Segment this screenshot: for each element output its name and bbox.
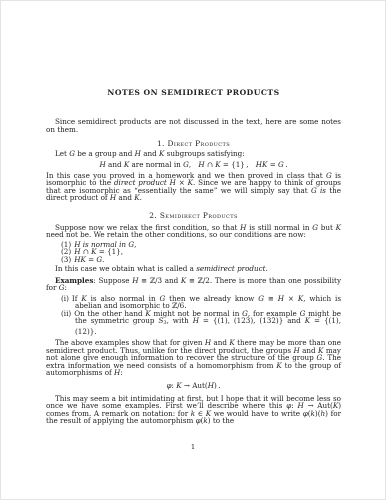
display-math-direct-product-conditions: H and K are normal in G, H ∩ K = {1} , H… bbox=[46, 161, 341, 169]
notation-paragraph: This may seem a bit intimidating at firs… bbox=[46, 395, 341, 425]
intro-paragraph: Since semidirect products are not discus… bbox=[46, 118, 341, 133]
condition-3-text: HK = G. bbox=[74, 255, 104, 264]
example-ii-label: (ii) bbox=[61, 309, 71, 318]
document-content: NOTES ON SEMIDIRECT PRODUCTS Since semid… bbox=[46, 88, 341, 425]
condition-item-3: (3)HK = G. bbox=[61, 256, 341, 264]
extra-info-paragraph: The above examples show that for given H… bbox=[46, 339, 341, 377]
document-title: NOTES ON SEMIDIRECT PRODUCTS bbox=[46, 88, 341, 97]
condition-3-label: (3) bbox=[61, 255, 71, 264]
section-1-heading: 1. Direct Products bbox=[46, 139, 341, 148]
display-math-phi-homomorphism: φ: K → Aut(H) . bbox=[46, 382, 341, 390]
examples-list: (i)If K is also normal in G then we alre… bbox=[61, 295, 341, 336]
semidirect-definition-paragraph: In this case we obtain what is called a … bbox=[46, 265, 341, 273]
conditions-list: (1)H is normal in G, (2)H ∩ K = {1}, (3)… bbox=[61, 241, 341, 264]
example-i-label: (i) bbox=[61, 294, 69, 303]
examples-paragraph: Examples: Suppose H ≅ ℤ/3 and K ≅ ℤ/2. T… bbox=[46, 277, 341, 292]
section-2-heading: 2. Semidirect Products bbox=[46, 211, 341, 220]
example-item-ii: (ii)On the other hand K might not be nor… bbox=[61, 310, 341, 336]
section-1-intro-paragraph: Let G be a group and H and K subgroups s… bbox=[46, 150, 341, 158]
page-number: 1 bbox=[0, 443, 386, 451]
example-item-i: (i)If K is also normal in G then we alre… bbox=[61, 295, 341, 310]
example-ii-text: On the other hand K might not be normal … bbox=[74, 309, 341, 336]
document-page: NOTES ON SEMIDIRECT PRODUCTS Since semid… bbox=[0, 0, 386, 500]
section-1-conclusion-paragraph: In this case you proved in a homework an… bbox=[46, 172, 341, 202]
section-2-relax-paragraph: Suppose now we relax the first condition… bbox=[46, 224, 341, 239]
